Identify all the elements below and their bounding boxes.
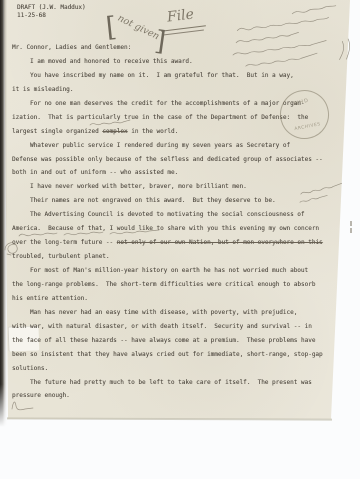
typed-line: troubled, turbulent planet. <box>12 250 347 264</box>
typed-line: the face of all these hazards -- have al… <box>12 334 347 348</box>
scanned-document-screen: DRAFT (J.W. Maddux)11-25-68 Mr. Connor, … <box>0 0 360 479</box>
typed-text: The Advertising Council is devoted to mo… <box>30 211 305 218</box>
typed-text: For no one man deserves the credit for t… <box>30 100 305 107</box>
struck-text: not only of our own Nation, but of men e… <box>117 239 323 246</box>
typed-line: his entire attention. <box>12 292 347 306</box>
draft-date: 11-25-68 <box>17 12 46 19</box>
pencil-ticks-right-margin <box>350 219 355 235</box>
typed-line: The Advertising Council is devoted to mo… <box>12 208 347 222</box>
struck-text: complex <box>102 128 127 135</box>
typed-text: Defense was possible only because of the… <box>12 156 323 163</box>
typed-line: pressure enough. <box>12 389 347 403</box>
typed-text: been so insistent that they have always … <box>12 351 323 358</box>
typed-line: Defense was possible only because of the… <box>12 153 347 167</box>
typed-line: For most of Man's million-year history o… <box>12 264 347 278</box>
typed-line: Whatever public service I rendered durin… <box>12 139 347 153</box>
typed-line: solutions. <box>12 362 347 376</box>
typed-text: Man has never had an easy time with dise… <box>30 309 297 316</box>
typed-line: The future had pretty much to be left to… <box>12 376 347 390</box>
typed-line: with war, with natural disaster, or with… <box>12 320 347 334</box>
scan-gutter-shadow <box>0 0 7 427</box>
not-given-text: not given <box>116 13 161 43</box>
bracket-open: [ <box>104 12 118 44</box>
draft-header: DRAFT (J.W. Maddux)11-25-68 <box>17 4 86 20</box>
typed-text: Whatever public service I rendered durin… <box>30 142 290 149</box>
handwritten-scribble-top-right <box>222 0 358 77</box>
typed-text: solutions. <box>12 365 48 372</box>
typed-text: with war, with natural disaster, or with… <box>12 323 312 330</box>
typed-text: largest single organized <box>12 128 102 135</box>
typed-text: For most of Man's million-year history o… <box>30 267 308 274</box>
not-given-note: [ not given ] <box>106 14 176 62</box>
typed-text: ization. That is particularly true in th… <box>12 114 308 121</box>
typed-line: been so insistent that they have always … <box>12 348 347 362</box>
typed-text: the long-range problems. The short-term … <box>12 281 315 288</box>
typed-text: I have never worked with better, braver,… <box>30 183 247 190</box>
typed-text: both in and out of uniform -- who assist… <box>12 169 178 176</box>
typed-text: Their names are not engraved on this awa… <box>30 197 276 204</box>
handwritten-margin-mark-left <box>1 238 21 256</box>
handwritten-mark-bottom-left <box>9 396 35 412</box>
draft-label: DRAFT (J.W. Maddux) <box>17 4 86 11</box>
typed-text: The future had pretty much to be left to… <box>30 379 312 386</box>
typed-text: his entire attention. <box>12 295 88 302</box>
typed-text: in the world. <box>128 128 179 135</box>
typed-line: Man has never had an easy time with dise… <box>12 306 347 320</box>
typed-text: troubled, turbulent planet. <box>12 253 110 260</box>
typed-line: the long-range problems. The short-term … <box>12 278 347 292</box>
handwritten-insertion-longterm <box>16 229 168 239</box>
handwritten-insertion-complex <box>86 118 134 128</box>
typed-line: both in and out of uniform -- who assist… <box>12 166 347 180</box>
typed-text: the face of all these hazards -- have al… <box>12 337 315 344</box>
typed-text: it is misleading. <box>12 86 73 93</box>
page-bottom-edge <box>7 417 332 420</box>
typed-text: over the long-term future -- <box>12 239 117 246</box>
